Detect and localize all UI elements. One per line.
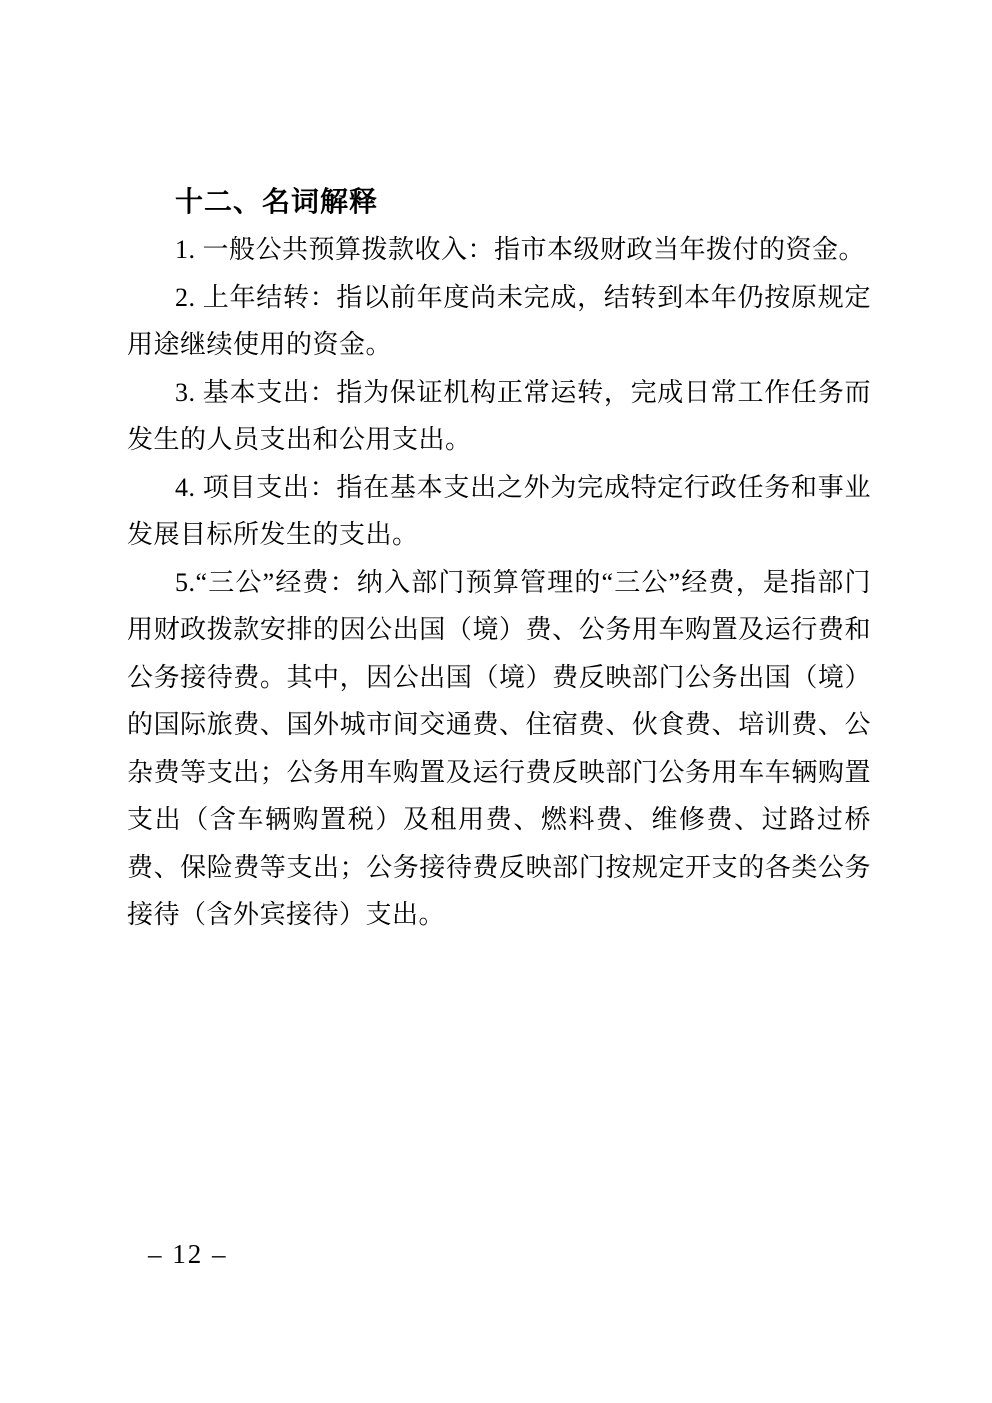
term-paragraph-carryover-funds: 2. 上年结转：指以前年度尚未完成，结转到本年仍按原规定用途继续使用的资金。	[127, 274, 871, 369]
term-paragraph-general-public-budget-income: 1. 一般公共预算拨款收入：指市本级财政当年拨付的资金。	[127, 226, 871, 274]
page-number: – 12 –	[148, 1238, 228, 1270]
document-page: 十二、名词解释 1. 一般公共预算拨款收入：指市本级财政当年拨付的资金。 2. …	[0, 0, 992, 1403]
term-paragraph-project-expenditure: 4. 项目支出：指在基本支出之外为完成特定行政任务和事业发展目标所发生的支出。	[127, 464, 871, 559]
document-content: 十二、名词解释 1. 一般公共预算拨款收入：指市本级财政当年拨付的资金。 2. …	[127, 178, 871, 939]
term-paragraph-three-public-funds: 5.“三公”经费：纳入部门预算管理的“三公”经费，是指部门用财政拨款安排的因公出…	[127, 559, 871, 939]
term-paragraph-basic-expenditure: 3. 基本支出：指为保证机构正常运转，完成日常工作任务而发生的人员支出和公用支出…	[127, 369, 871, 464]
section-heading: 十二、名词解释	[175, 178, 871, 226]
